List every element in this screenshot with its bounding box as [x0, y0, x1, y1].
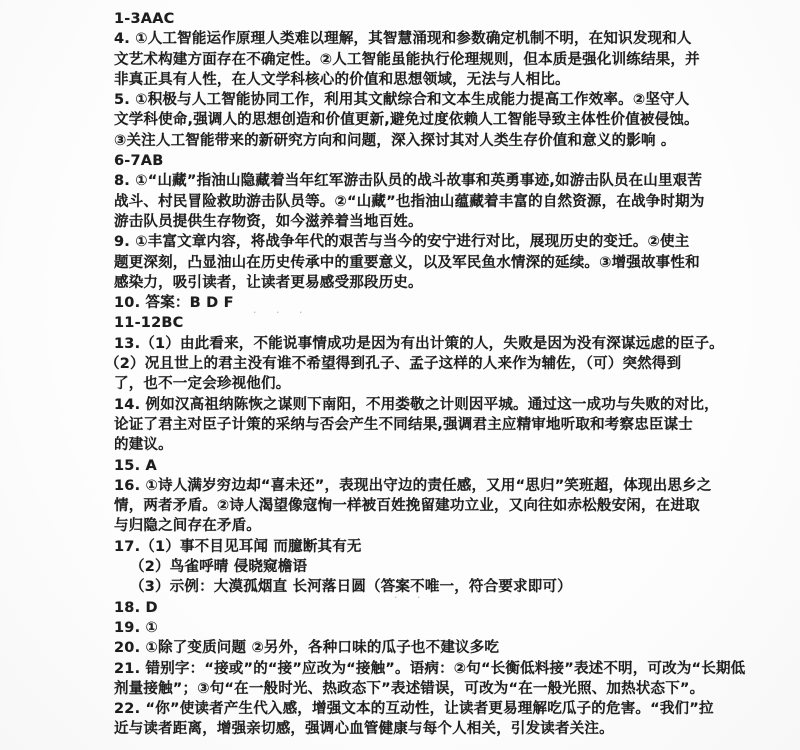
answer-line-q17-2: （2）鸟雀呼晴 侵晓窥檐语 [114, 557, 714, 577]
answer-line-q21-2: 剂量接触”；③句“在一般时光、热政态下”表述错误，可改为“在一般光照、加热状态下… [114, 679, 714, 699]
answer-line-q13-1: 13.（1）由此看来，不能说事情成功是因为有出计策的人，失败是因为没有深谋远虑的… [114, 334, 714, 354]
answer-line-q10: 10. 答案：B D F [114, 293, 714, 313]
answer-line-q16-2: 情，两者矛盾。②诗人渴望像寇恂一样被百姓挽留建功立业，又向往如赤松般安闲，在进取 [114, 496, 714, 516]
answer-line-q4-1: 4. ①人工智能运作原理人类难以理解，其智慧涌现和参数确定机制不明，在知识发现和… [114, 29, 714, 49]
answer-line-q9-3: 感染力，吸引读者，让读者更易感受那段历史。 [114, 273, 714, 293]
answer-line-11-12: 11-12BC [114, 313, 714, 333]
answer-line-q9-2: 题更深刻，凸显油山在历史传承中的重要意义，以及军民鱼水情深的延续。③增强故事性和 [114, 253, 714, 273]
answer-line-q8-1: 8. ①“山藏”指油山隐藏着当年红军游击队员的战斗故事和英勇事迹,如游击队员在山… [114, 171, 714, 191]
answer-line-q4-3: 非真正具有人性，在人文学科核心的价值和思想领域，无法与人相比。 [114, 70, 714, 90]
answer-line-q17-1: 17.（1）事不目见耳闻 而臆断其有无 [114, 537, 714, 557]
answer-line-q22-2: 近与读者距离，增强亲切感，强调心血管健康与每个人相关，引发读者关注。 [114, 719, 714, 739]
document-photo: 1-3AAC 4. ①人工智能运作原理人类难以理解，其智慧涌现和参数确定机制不明… [0, 0, 800, 750]
answer-line-q9-1: 9. ①丰富文章内容，将战争年代的艰苦与当今的安宁进行对比，展现历史的变迁。②使… [114, 232, 714, 252]
answer-line-q5-3: ③关注人工智能带来的新研究方向和问题，深入探讨其对人类生存价值和意义的影响 。 [114, 131, 714, 151]
answer-line-q21-1: 21. 错别字：“接或”的“接”应改为“接触”。语病：②句“长衡低料接”表述不明… [114, 659, 714, 679]
answer-line-q5-1: 5. ①积极与人工智能协同工作，利用其文献综合和文本生成能力提高工作效率。②坚守… [114, 90, 714, 110]
answer-line-q5-2: 文学科使命,强调人的思想创造和价值更新,避免过度依赖人工智能导致主体性价值被侵蚀… [114, 110, 714, 130]
answer-line-q14-2: 论证了君主对臣子计策的采纳与否会产生不同结果,强调君主应精审地听取和考察忠臣谋士 [114, 415, 714, 435]
answer-line-q14-3: 的建议。 [114, 435, 714, 455]
answer-line-q8-2: 战斗、村民冒险救助游击队员等。②“山藏”也指油山蕴藏着丰富的自然资源，在战争时期… [114, 192, 714, 212]
answer-line-q14-1: 14. 例如汉高祖纳陈恢之谋则下南阳，不用娄敬之计则因平城。通过这一成功与失败的… [114, 395, 714, 415]
answer-line-q8-3: 游击队员提供生存物资，如今滋养着当地百姓。 [114, 212, 714, 232]
answer-line-1-3: 1-3AAC [114, 9, 714, 29]
answer-line-q20: 20. ①除了变质问题 ②另外，各种口味的瓜子也不建议多吃 [114, 638, 714, 658]
print-smudge-dots: · · · [253, 306, 310, 319]
answer-sheet: 1-3AAC 4. ①人工智能运作原理人类难以理解，其智慧涌现和参数确定机制不明… [114, 9, 714, 740]
answer-line-q13-2: （2）况且世上的君主没有谁不希望得到孔子、孟子这样的人来作为辅佐，（可）突然得到 [105, 354, 714, 374]
answer-line-q15: 15. A [114, 456, 714, 476]
answer-line-q19: 19. ① [114, 618, 714, 638]
answer-line-q4-2: 文艺术构建方面存在不确定性。②人工智能虽能执行伦理规则，但本质是强化训练结果，并 [114, 50, 714, 70]
answer-line-q16-3: 与归隐之间存在矛盾。 [114, 516, 714, 536]
print-smudge-dots: · · [394, 591, 429, 604]
answer-line-6-7: 6-7AB [114, 151, 714, 171]
answer-line-q22-1: 22. “你”使读者产生代入感，增强文本的互动性，让读者更易理解吃瓜子的危害。“… [114, 699, 714, 719]
answer-line-q16-1: 16. ①诗人满岁穷边却“喜未还”，表现出守边的责任感，又用“思归”笑班超，体现… [114, 476, 714, 496]
answer-line-q13-3: 了，也不一定会珍视他们。 [114, 374, 714, 394]
